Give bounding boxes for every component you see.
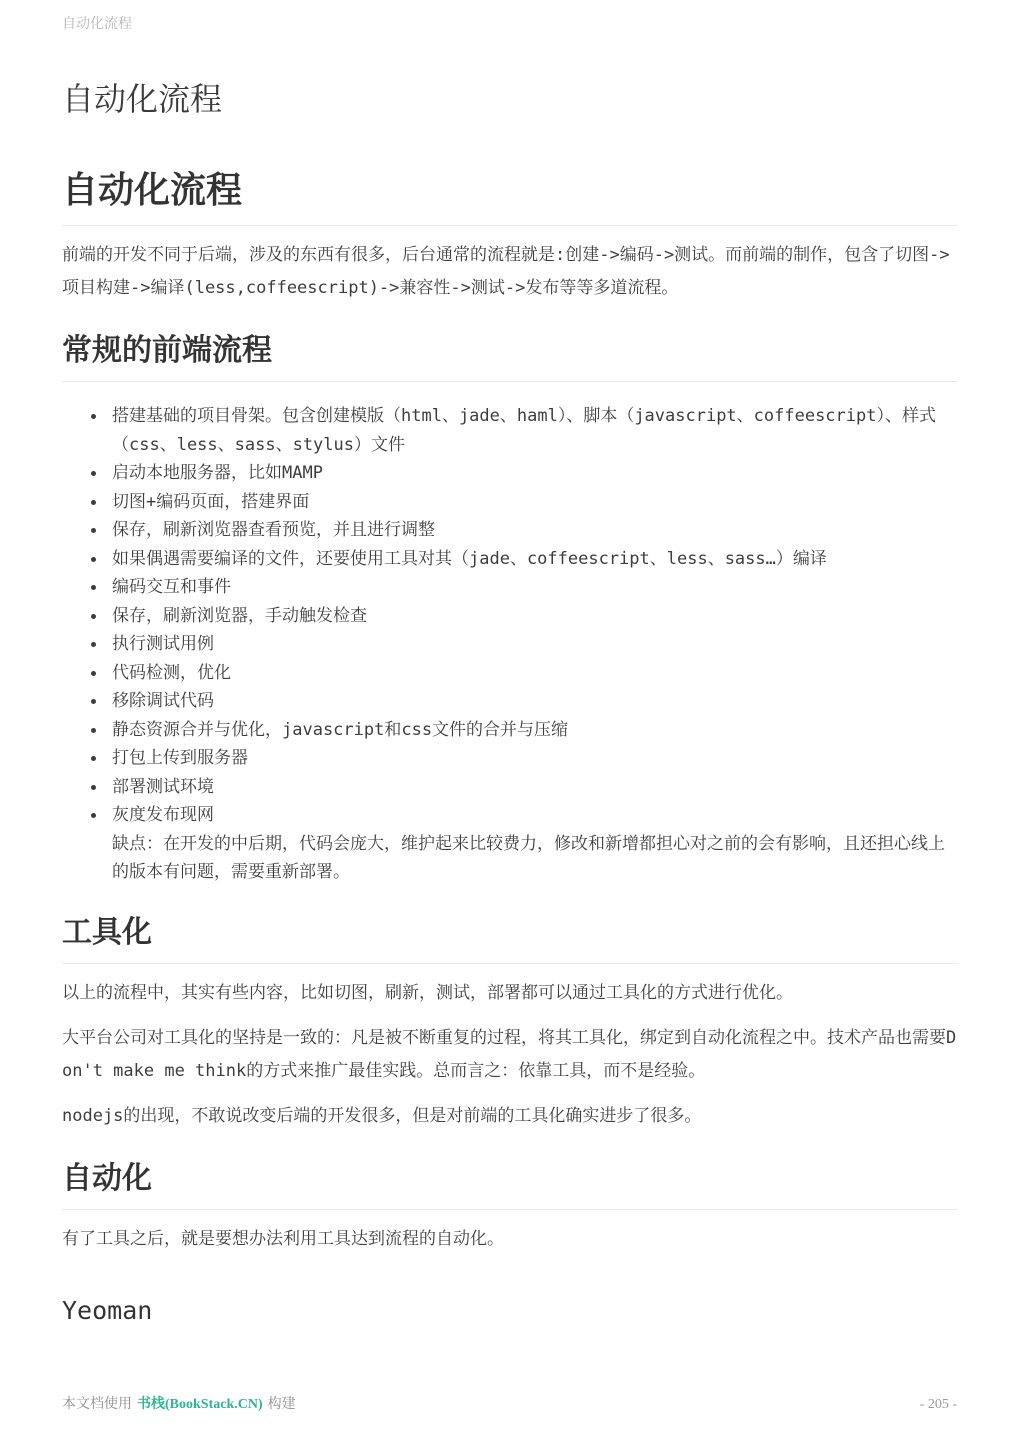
list-item: 编码交互和事件: [112, 573, 957, 602]
list-item: 执行测试用例: [112, 630, 957, 659]
list-item: 代码检测，优化: [112, 659, 957, 688]
document-page: 自动化流程 自动化流程 自动化流程 前端的开发不同于后端，涉及的东西有很多，后台…: [0, 0, 1019, 1440]
list-item: 如果偶遇需要编译的文件，还要使用工具对其（jade、coffeescript、l…: [112, 545, 957, 574]
divider: [62, 1209, 957, 1210]
page-title: 自动化流程: [62, 171, 957, 208]
list-item: 搭建基础的项目骨架。包含创建模版（html、jade、haml）、脚本（java…: [112, 402, 957, 459]
list-item-note: 缺点：在开发的中后期，代码会庞大，维护起来比较费力，修改和新增都担心对之前的会有…: [112, 830, 957, 887]
section-heading-tooling: 工具化: [62, 917, 957, 948]
paragraph: nodejs的出现，不敢说改变后端的开发很多，但是对前端的工具化确实进步了很多。: [62, 1100, 957, 1133]
bookstack-link[interactable]: 书栈(BookStack.CN): [137, 1397, 263, 1412]
list-item: 保存，刷新浏览器，手动触发检查: [112, 602, 957, 631]
section-heading-automation: 自动化: [62, 1163, 957, 1194]
list-item: 打包上传到服务器: [112, 744, 957, 773]
divider: [62, 381, 957, 382]
chapter-title: 自动化流程: [62, 83, 957, 116]
list-item: 部署测试环境: [112, 773, 957, 802]
running-header: 自动化流程: [62, 0, 957, 31]
list-item: 切图+编码页面，搭建界面: [112, 488, 957, 517]
page-footer: 本文档使用书栈(BookStack.CN)构建 - 205 -: [62, 1395, 957, 1413]
list-item: 灰度发布现网 缺点：在开发的中后期，代码会庞大，维护起来比较费力，修改和新增都担…: [112, 801, 957, 887]
page-content: 自动化流程 自动化流程 自动化流程 前端的开发不同于后端，涉及的东西有很多，后台…: [0, 0, 1019, 1324]
footer-credit-prefix: 本文档使用: [62, 1395, 132, 1411]
footer-credit-suffix: 构建: [268, 1395, 296, 1411]
subsection-heading-yeoman: Yeoman: [62, 1298, 957, 1324]
paragraph: 大平台公司对工具化的坚持是一致的：凡是被不断重复的过程，将其工具化，绑定到自动化…: [62, 1022, 957, 1088]
bullet-list: 搭建基础的项目骨架。包含创建模版（html、jade、haml）、脚本（java…: [62, 402, 957, 887]
section-heading-frontend-flow: 常规的前端流程: [62, 335, 957, 366]
paragraph: 以上的流程中，其实有些内容，比如切图，刷新，测试，部署都可以通过工具化的方式进行…: [62, 977, 957, 1010]
list-item: 保存，刷新浏览器查看预览，并且进行调整: [112, 516, 957, 545]
list-item: 静态资源合并与优化，javascript和css文件的合并与压缩: [112, 716, 957, 745]
divider: [62, 225, 957, 226]
paragraph: 有了工具之后，就是要想办法利用工具达到流程的自动化。: [62, 1223, 957, 1256]
page-number: - 205 -: [920, 1396, 957, 1413]
footer-credit: 本文档使用书栈(BookStack.CN)构建: [62, 1395, 296, 1413]
intro-paragraph: 前端的开发不同于后端，涉及的东西有很多，后台通常的流程就是:创建->编码->测试…: [62, 239, 957, 305]
list-item: 启动本地服务器，比如MAMP: [112, 459, 957, 488]
list-item-text: 灰度发布现网: [112, 805, 214, 825]
divider: [62, 963, 957, 964]
list-item: 移除调试代码: [112, 687, 957, 716]
